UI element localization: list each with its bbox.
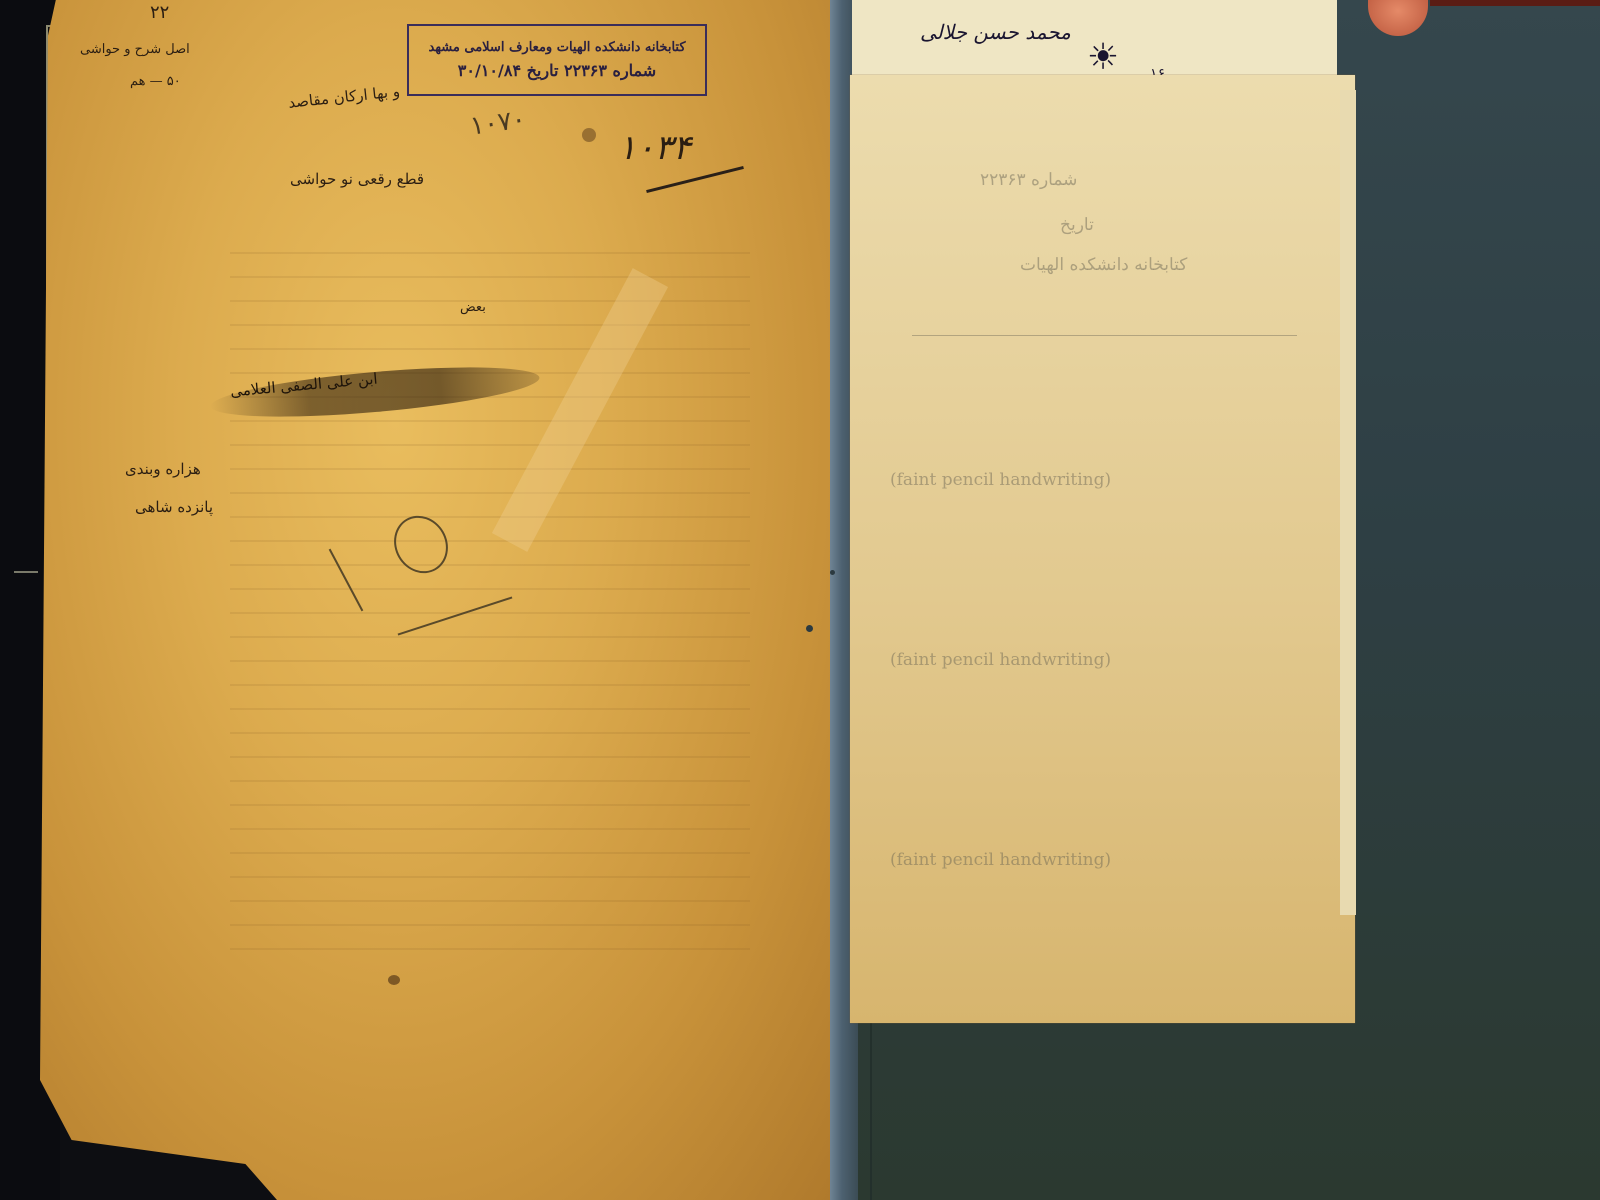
scale-tick-mark (14, 571, 38, 573)
shelf-number-second: ۱۰۳۴ (618, 128, 691, 168)
faint-handwriting: (faint pencil handwriting) (890, 650, 1111, 670)
margin-note-1: هزاره وبندی (125, 460, 201, 478)
faded-text-block (230, 230, 750, 970)
faint-rule-line (912, 335, 1297, 336)
stamp-library-name: کتابخانه دانشکده الهیات ومعارف اسلامی مش… (409, 40, 705, 55)
library-stamp: کتابخانه دانشکده الهیات ومعارف اسلامی مش… (407, 24, 707, 96)
faint-text: تاریخ (1060, 215, 1094, 235)
note-upper-mid-2: قطع رقعی نو حواشی (290, 170, 424, 188)
sheet-edge (1340, 90, 1356, 915)
stain-spot (830, 570, 835, 575)
faint-handwriting: (faint pencil handwriting) (890, 470, 1111, 490)
note-top-left-a: اصل شرح و حواشی (80, 42, 190, 57)
inserted-front-sheet (850, 75, 1355, 1023)
stain-spot (388, 975, 400, 985)
margin-note-2: پانزده شاهی (135, 498, 213, 516)
faint-handwriting: (faint pencil handwriting) (890, 850, 1111, 870)
note-top-left-b: ۵۰ — هم (130, 74, 181, 89)
faint-text: شماره ۲۲۳۶۳ (980, 170, 1077, 190)
note-head-right: بعض (460, 300, 486, 315)
top-mark: ۲۲ (150, 2, 169, 23)
stain-spot (806, 625, 813, 632)
red-edge (1430, 0, 1600, 6)
signature: محمد حسن جلالی (920, 20, 1071, 44)
stamp-number-date: شماره ۲۲۳۶۳ تاریخ ۳۰/۱۰/۸۴ (409, 61, 705, 80)
faint-text: کتابخانه دانشکده الهیات (1020, 255, 1187, 275)
stain-spot (582, 128, 596, 142)
